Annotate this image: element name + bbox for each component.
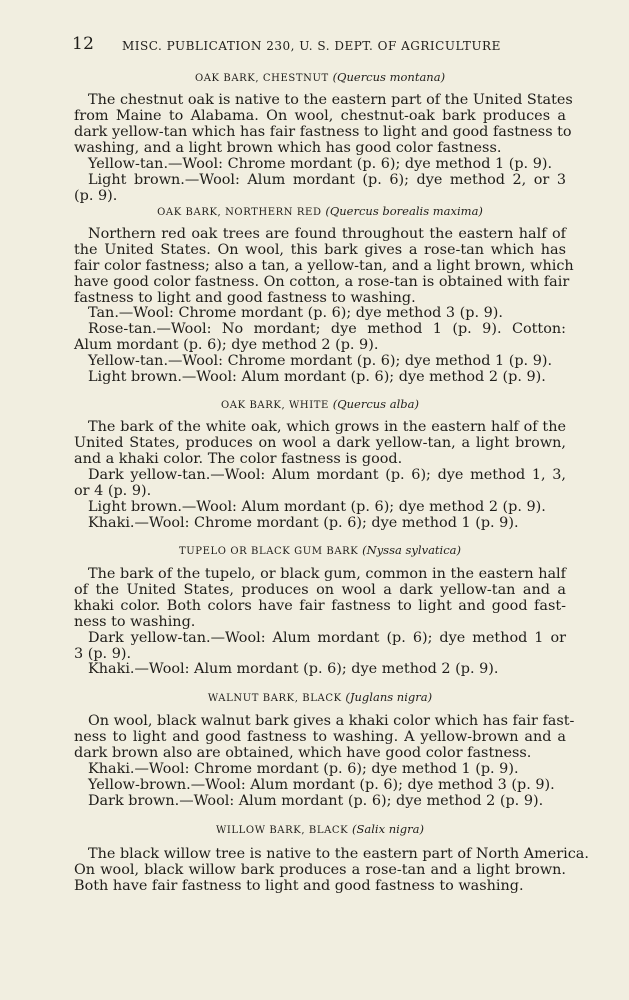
paragraph-line: Both have fair fastness to light and goo… <box>74 878 566 894</box>
paragraph-line: The chestnut oak is native to the easter… <box>88 92 566 108</box>
paragraph-line: fair color fastness; also a tan, a yello… <box>74 258 566 274</box>
section-title: OAK BARK, WHITE <box>221 400 329 411</box>
dye-recipe: 3 (p. 9). <box>74 646 566 662</box>
section-heading: WALNUT BARK, BLACK (Juglans nigra) <box>72 690 568 704</box>
section-heading: OAK BARK, CHESTNUT (Quercus montana) <box>72 70 568 84</box>
document-page: 12 MISC. PUBLICATION 230, U. S. DEPT. OF… <box>0 0 629 1000</box>
dye-recipe: Tan.—Wool: Chrome mordant (p. 6); dye me… <box>88 305 566 321</box>
running-title: MISC. PUBLICATION 230, U. S. DEPT. OF AG… <box>122 39 501 53</box>
section-heading: OAK BARK, WHITE (Quercus alba) <box>72 397 568 411</box>
paragraph-line: dark yellow-tan which has fair fastness … <box>74 124 566 140</box>
section-title: TUPELO OR BLACK GUM BARK <box>179 546 358 557</box>
species-name: (Salix nigra) <box>352 822 424 836</box>
dye-recipe: Yellow-tan.—Wool: Chrome mordant (p. 6);… <box>88 353 566 369</box>
paragraph-line: of the United States, produces on wool a… <box>74 582 566 598</box>
paragraph-line: and a khaki color. The color fastness is… <box>74 451 566 467</box>
dye-recipe: Dark yellow-tan.—Wool: Alum mordant (p. … <box>88 630 566 646</box>
section-title: OAK BARK, NORTHERN RED <box>157 207 322 218</box>
species-name: (Nyssa sylvatica) <box>362 543 461 557</box>
section-title: WALNUT BARK, BLACK <box>208 693 342 704</box>
dye-recipe: Rose-tan.—Wool: No mordant; dye method 1… <box>88 321 566 337</box>
species-name: (Quercus montana) <box>333 70 446 84</box>
section-heading: TUPELO OR BLACK GUM BARK (Nyssa sylvatic… <box>72 543 568 557</box>
page-number: 12 <box>72 34 94 54</box>
paragraph-line: khaki color. Both colors have fair fastn… <box>74 598 566 614</box>
dye-recipe: Khaki.—Wool: Chrome mordant (p. 6); dye … <box>88 515 566 531</box>
dye-recipe: Yellow-brown.—Wool: Alum mordant (p. 6);… <box>88 777 566 793</box>
dye-recipe: Yellow-tan.—Wool: Chrome mordant (p. 6);… <box>88 156 566 172</box>
paragraph-line: washing, and a light brown which has goo… <box>74 140 566 156</box>
dye-recipe: Light brown.—Wool: Alum mordant (p. 6); … <box>88 172 566 188</box>
section-heading: OAK BARK, NORTHERN RED (Quercus borealis… <box>72 204 568 218</box>
dye-recipe: Light brown.—Wool: Alum mordant (p. 6); … <box>88 499 566 515</box>
section-heading: WILLOW BARK, BLACK (Salix nigra) <box>72 822 568 836</box>
paragraph-line: The bark of the white oak, which grows i… <box>88 419 566 435</box>
dye-recipe: Light brown.—Wool: Alum mordant (p. 6); … <box>88 369 566 385</box>
species-name: (Juglans nigra) <box>345 690 432 704</box>
species-name: (Quercus alba) <box>333 397 419 411</box>
paragraph-line: from Maine to Alabama. On wool, chestnut… <box>74 108 566 124</box>
paragraph-line: The bark of the tupelo, or black gum, co… <box>88 566 566 582</box>
paragraph-line: fastness to light and good fastness to w… <box>74 290 566 306</box>
section-title: OAK BARK, CHESTNUT <box>195 73 329 84</box>
paragraph-line: On wool, black walnut bark gives a khaki… <box>88 713 566 729</box>
dye-recipe: Khaki.—Wool: Alum mordant (p. 6); dye me… <box>88 661 566 677</box>
dye-recipe: (p. 9). <box>74 188 566 204</box>
paragraph-line: ness to washing. <box>74 614 566 630</box>
species-name: (Quercus borealis maxima) <box>325 204 483 218</box>
paragraph-line: dark brown also are obtained, which have… <box>74 745 566 761</box>
paragraph-line: have good color fastness. On cotton, a r… <box>74 274 566 290</box>
paragraph-line: The black willow tree is native to the e… <box>88 846 566 862</box>
dye-recipe: Dark brown.—Wool: Alum mordant (p. 6); d… <box>88 793 566 809</box>
section-title: WILLOW BARK, BLACK <box>216 825 348 836</box>
paragraph-line: Northern red oak trees are found through… <box>88 226 566 242</box>
paragraph-line: the United States. On wool, this bark gi… <box>74 242 566 258</box>
dye-recipe: Alum mordant (p. 6); dye method 2 (p. 9)… <box>74 337 566 353</box>
dye-recipe: Dark yellow-tan.—Wool: Alum mordant (p. … <box>88 467 566 483</box>
paragraph-line: United States, produces on wool a dark y… <box>74 435 566 451</box>
paragraph-line: ness to light and good fastness to washi… <box>74 729 566 745</box>
paragraph-line: On wool, black willow bark produces a ro… <box>74 862 566 878</box>
dye-recipe: Khaki.—Wool: Chrome mordant (p. 6); dye … <box>88 761 566 777</box>
dye-recipe: or 4 (p. 9). <box>74 483 566 499</box>
